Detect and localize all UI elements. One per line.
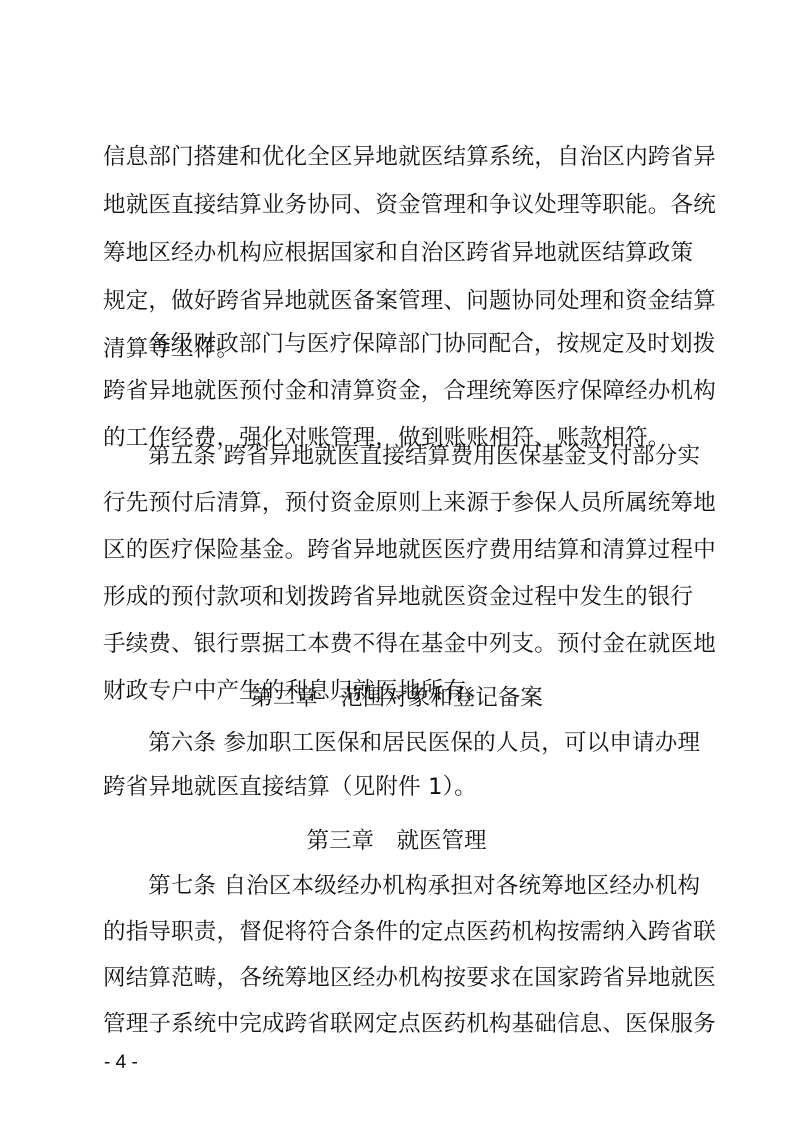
- article-5-line: 第五条 跨省异地就医直接结算费用医保基金支付部分实: [148, 441, 738, 471]
- paragraph-line: 地就医直接结算业务协同、资金管理和争议处理等职能。各统: [103, 190, 693, 220]
- paragraph-line: 筹地区经办机构应根据国家和自治区跨省异地就医结算政策: [103, 238, 693, 268]
- paragraph-line: 网结算范畴，各统筹地区经办机构按要求在国家跨省异地就医: [103, 963, 693, 993]
- article-6-line: 第六条 参加职工医保和居民医保的人员，可以申请办理: [148, 728, 738, 758]
- paragraph-line: 行先预付后清算，预付资金原则上来源于参保人员所属统筹地: [103, 488, 693, 518]
- paragraph-line: 跨省异地就医直接结算（见附件 1）。: [103, 772, 693, 802]
- paragraph-line: 区的医疗保险基金。跨省异地就医医疗费用结算和清算过程中: [103, 535, 693, 565]
- article-7-line: 第七条 自治区本级经办机构承担对各统筹地区经办机构: [148, 871, 738, 901]
- paragraph-line: 各级财政部门与医疗保障部门协同配合，按规定及时划拨: [148, 329, 738, 359]
- chapter-3-heading: 第三章 就医管理: [0, 826, 793, 856]
- chapter-2-heading: 第二章 范围对象和登记备案: [0, 683, 793, 713]
- paragraph-line: 手续费、银行票据工本费不得在基金中列支。预付金在就医地: [103, 629, 693, 659]
- paragraph-line: 形成的预付款项和划拨跨省异地就医资金过程中发生的银行: [103, 582, 693, 612]
- page-number: - 4 -: [104, 1052, 138, 1074]
- paragraph-line: 规定，做好跨省异地就医备案管理、问题协同处理和资金结算: [103, 286, 693, 316]
- paragraph-line: 的指导职责，督促将符合条件的定点医药机构按需纳入跨省联: [103, 917, 693, 947]
- paragraph-line: 信息部门搭建和优化全区异地就医结算系统，自治区内跨省异: [103, 142, 693, 172]
- paragraph-line: 跨省异地就医预付金和清算资金，合理统筹医疗保障经办机构: [103, 376, 693, 406]
- paragraph-line: 管理子系统中完成跨省联网定点医药机构基础信息、医保服务: [103, 1009, 693, 1039]
- document-page: 信息部门搭建和优化全区异地就医结算系统，自治区内跨省异 地就医直接结算业务协同、…: [0, 0, 793, 1122]
